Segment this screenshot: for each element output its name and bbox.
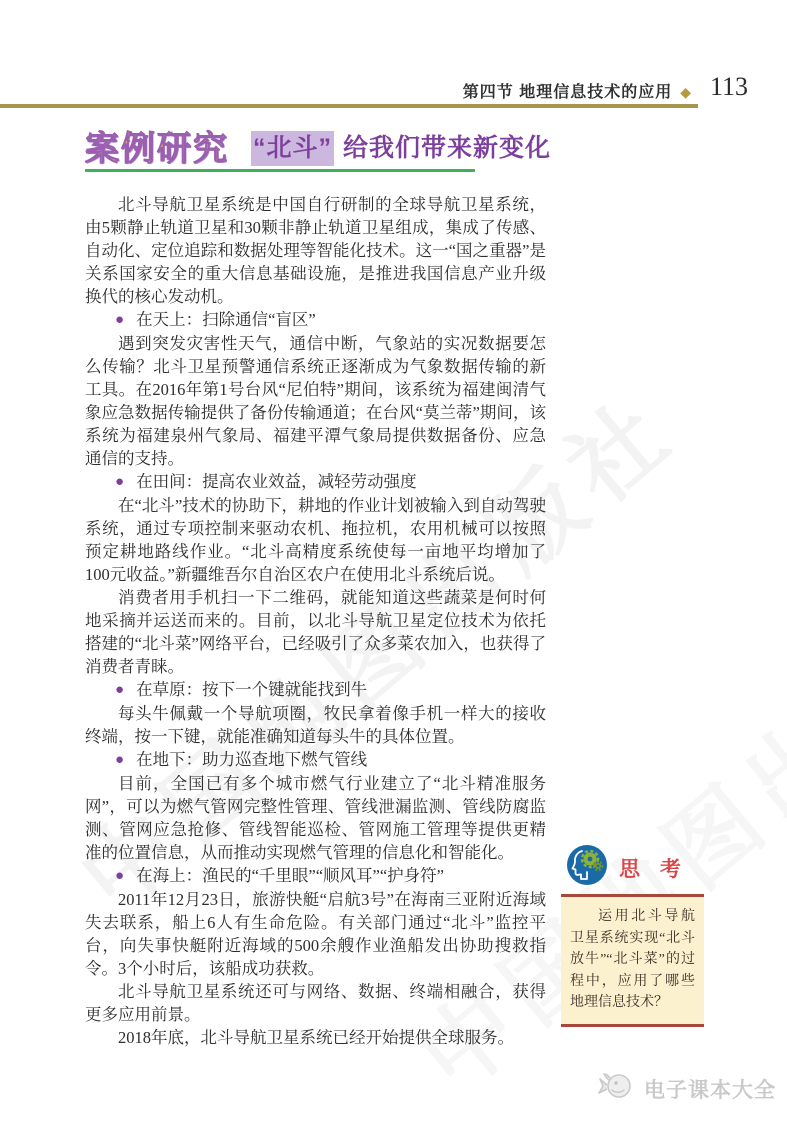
- page-number: 113: [696, 72, 762, 102]
- bullet-heading-label: 在地下：助力巡查地下燃气管线: [136, 750, 367, 769]
- bullet-heading: ●在地下：助力巡查地下燃气管线: [85, 748, 546, 772]
- bullet-heading: ●在海上：渔民的“千里眼”“顺风耳”“护身符”: [85, 864, 546, 888]
- bullet-heading: ●在田间：提高农业效益，减轻劳动强度: [85, 470, 546, 494]
- bullet-icon: ●: [115, 752, 124, 768]
- bullet-heading-label: 在天上：扫除通信“盲区”: [136, 310, 316, 329]
- paragraph: 遇到突发灾害性天气，通信中断，气象站的实况数据要怎么传输？北斗卫星预警通信系统正…: [85, 332, 546, 470]
- think-question: 运用北斗导航卫星系统实现“北斗放牛”“北斗菜”的过程中，应用了哪些地理信息技术？: [561, 894, 704, 1027]
- bullet-icon: ●: [115, 682, 124, 698]
- article-body: 北斗导航卫星系统是中国自行研制的全球导航卫星系统，由5颗静止轨道卫星和30颗非静…: [85, 193, 546, 1049]
- think-head-icon: [566, 844, 608, 891]
- header-rule: [0, 104, 698, 108]
- paragraph: 北斗导航卫星系统是中国自行研制的全球导航卫星系统，由5颗静止轨道卫星和30颗非静…: [85, 193, 546, 308]
- subtitle-highlight: “北斗”: [251, 131, 334, 166]
- paragraph: 北斗导航卫星系统还可与网络、数据、终端相融合，获得更多应用前景。: [85, 980, 546, 1026]
- paragraph: 2018年底，北斗导航卫星系统已经开始提供全球服务。: [85, 1026, 546, 1049]
- bullet-heading: ●在草原：按下一个键就能找到牛: [85, 678, 546, 702]
- paragraph: 目前，全国已有多个城市燃气行业建立了“北斗精准服务网”，可以为燃气管网完整性管理…: [85, 772, 546, 864]
- bullet-heading-label: 在海上：渔民的“千里眼”“顺风耳”“护身符”: [136, 866, 444, 885]
- think-title: 思 考: [619, 853, 688, 883]
- diamond-icon: ◆: [672, 84, 692, 100]
- paragraph: 消费者用手机扫一下二维码，就能知道这些蔬菜是何时何地采摘并运送而来的。目前，以北…: [85, 586, 546, 678]
- paragraph: 每头牛佩戴一个导航项圈，牧民拿着像手机一样大的接收终端，按一下键，就能准确知道每…: [85, 702, 546, 748]
- case-study-header: 案例研究 “北斗”给我们带来新变化: [85, 121, 551, 170]
- subtitle-rest: 给我们带来新变化: [343, 134, 551, 162]
- textbook-page: 中国地图出版社 中国地图出版社 第四节 地理信息技术的应用◆ 113 案例研究 …: [0, 0, 787, 1121]
- title-underline: [85, 169, 475, 172]
- bullet-icon: ●: [115, 868, 124, 884]
- paragraph: 在“北斗”技术的协助下，耕地的作业计划被输入到自动驾驶系统，通过专项控制来驱动农…: [85, 494, 546, 586]
- bullet-heading-label: 在草原：按下一个键就能找到牛: [136, 680, 367, 699]
- running-header: 第四节 地理信息技术的应用◆: [0, 79, 692, 102]
- think-header: 思 考: [561, 844, 704, 891]
- section-title: 第四节 地理信息技术的应用: [463, 84, 672, 101]
- whale-logo-icon: [597, 1070, 637, 1108]
- think-sidebar: 思 考 运用北斗导航卫星系统实现“北斗放牛”“北斗菜”的过程中，应用了哪些地理信…: [561, 844, 704, 1027]
- footer-brand-label: 电子课本大全: [644, 1074, 776, 1104]
- bullet-icon: ●: [115, 312, 124, 328]
- case-study-logo: 案例研究: [85, 121, 229, 170]
- footer-brand: 电子课本大全: [597, 1070, 776, 1108]
- bullet-heading-label: 在田间：提高农业效益，减轻劳动强度: [136, 472, 417, 491]
- bullet-heading: ●在天上：扫除通信“盲区”: [85, 308, 546, 332]
- case-study-subtitle: “北斗”给我们带来新变化: [251, 128, 551, 164]
- bullet-icon: ●: [115, 474, 124, 490]
- paragraph: 2011年12月23日，旅游快艇“启航3号”在海南三亚附近海域失去联系，船上6人…: [85, 888, 546, 980]
